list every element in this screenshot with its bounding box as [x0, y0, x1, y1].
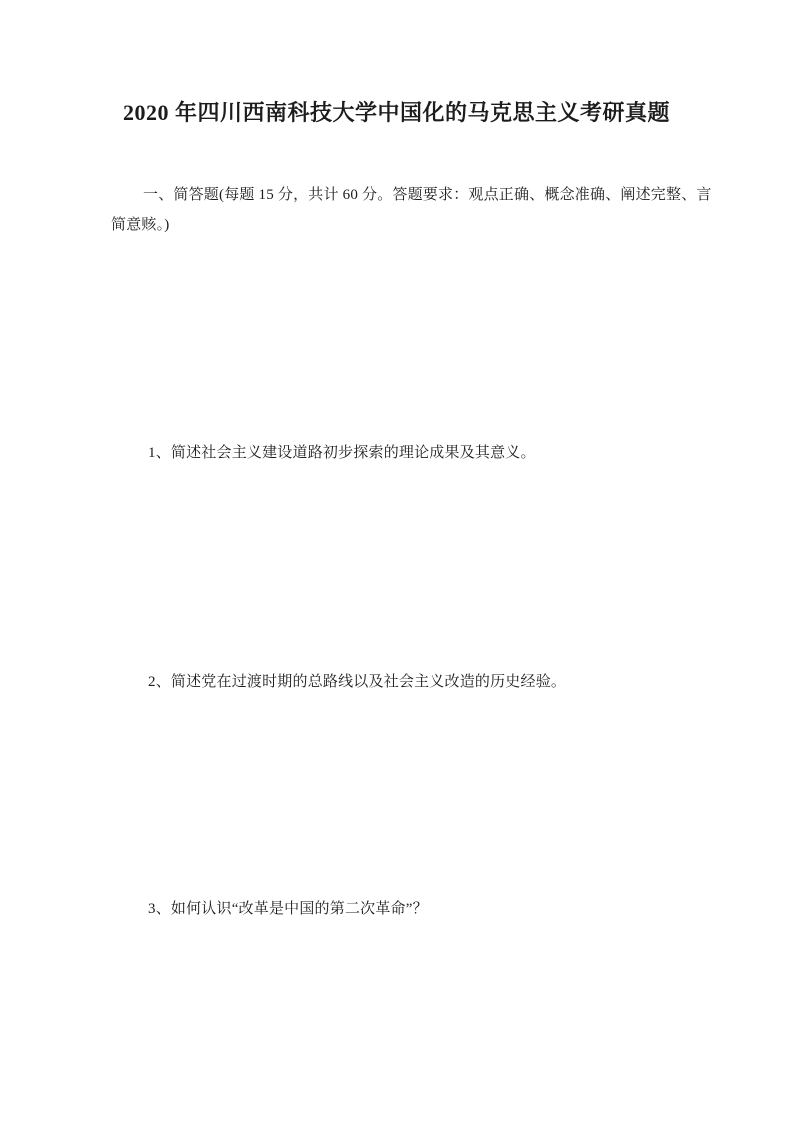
question-item-3: 3、如何认识“改革是中国的第二次革命”？	[111, 894, 718, 924]
exam-paper-page: 2020 年四川西南科技大学中国化的马克思主义考研真题 一、简答题(每题 15 …	[0, 0, 793, 1122]
section-intro-line-1: 一、简答题(每题 15 分，共计 60 分。答题要求：观点正确、概念准确、阐述完…	[111, 180, 713, 210]
document-title: 2020 年四川西南科技大学中国化的马克思主义考研真题	[0, 98, 793, 128]
question-item-2: 2、简述党在过渡时期的总路线以及社会主义改造的历史经验。	[111, 667, 718, 697]
question-item-1: 1、简述社会主义建设道路初步探索的理论成果及其意义。	[111, 438, 718, 468]
section-intro-line-2: 简意赅。)	[111, 210, 681, 240]
